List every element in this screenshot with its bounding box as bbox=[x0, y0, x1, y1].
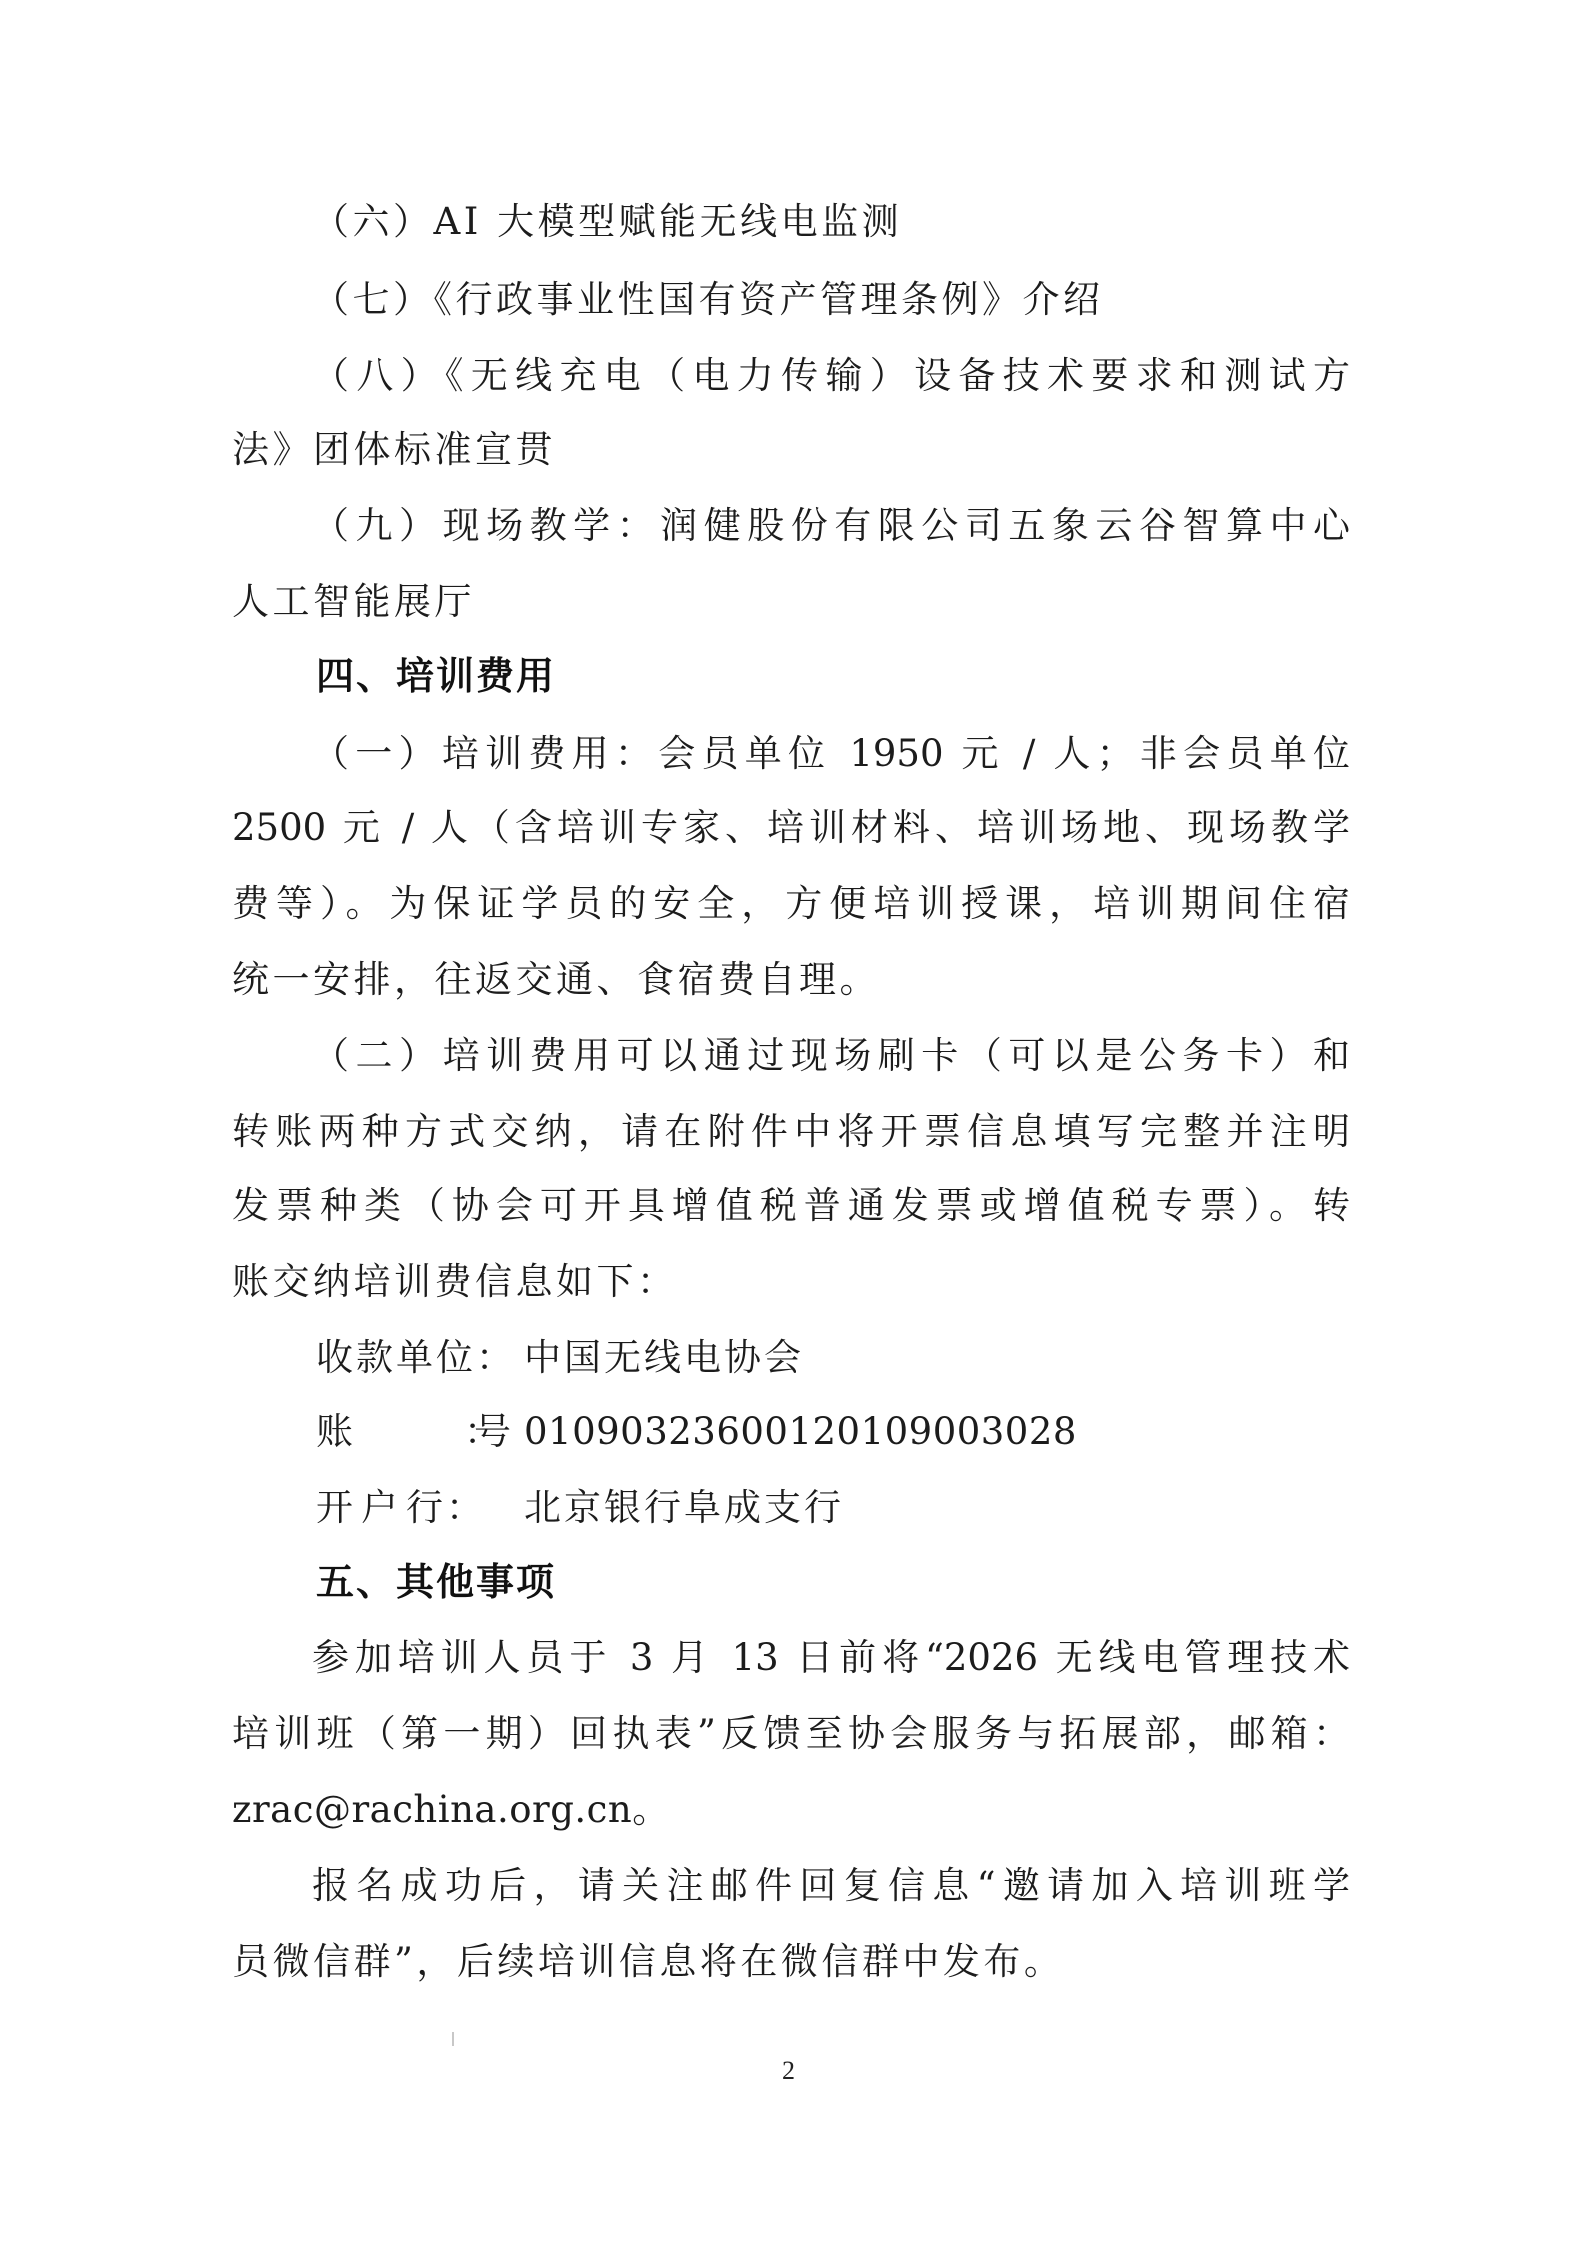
section-4-heading: 四、培训费用 bbox=[316, 654, 1436, 698]
other-para-2-line-1: 报名成功后，请关注邮件回复信息“邀请加入培训班学 bbox=[312, 1864, 1350, 1908]
bank-value: 北京银行阜成支行 bbox=[524, 1486, 844, 1530]
other-para-1-line-2: 培训班（第一期）回执表”反馈至协会服务与拓展部，邮箱： bbox=[232, 1712, 1350, 1756]
agenda-item-6: （六）AI 大模型赋能无线电监测 bbox=[312, 200, 1432, 244]
account-row: 账 号 ： 01090323600120109003028 bbox=[316, 1410, 1077, 1454]
agenda-item-8-line-1: （八）《无线充电（电力传输）设备技术要求和测试方 bbox=[312, 354, 1350, 398]
page-number: 2 bbox=[782, 2056, 795, 2086]
agenda-item-9-line-2: 人工智能展厅 bbox=[232, 580, 1352, 624]
fee-para-1-line-2: 2500 元 / 人（含培训专家、培训材料、培训场地、现场教学 bbox=[232, 806, 1350, 850]
bank-label-char-1: 开 bbox=[316, 1486, 356, 1530]
fee-para-1-line-3: 费等）。为保证学员的安全，方便培训授课，培训期间住宿 bbox=[232, 882, 1350, 926]
bank-label-char-2: 户 bbox=[361, 1486, 401, 1530]
fee-para-1-line-1: （一）培训费用：会员单位 1950 元 / 人；非会员单位 bbox=[312, 732, 1350, 776]
fee-para-2-line-4: 账交纳培训费信息如下： bbox=[232, 1260, 1352, 1304]
account-colon: ： bbox=[464, 1410, 501, 1454]
other-para-2-line-2: 员微信群”，后续培训信息将在微信群中发布。 bbox=[232, 1940, 1352, 1984]
scan-mark bbox=[452, 2032, 454, 2046]
account-label-char-1: 账 bbox=[316, 1410, 356, 1454]
fee-para-2-line-2: 转账两种方式交纳，请在附件中将开票信息填写完整并注明 bbox=[232, 1110, 1350, 1154]
fee-para-2-line-1: （二）培训费用可以通过现场刷卡（可以是公务卡）和 bbox=[312, 1034, 1350, 1078]
document-page: （六）AI 大模型赋能无线电监测 （七）《行政事业性国有资产管理条例》介绍 （八… bbox=[0, 0, 1587, 2244]
payee-label: 收款单位： bbox=[316, 1336, 524, 1380]
payee-value: 中国无线电协会 bbox=[524, 1336, 804, 1380]
bank-colon: ： bbox=[446, 1486, 524, 1530]
fee-para-2-line-3: 发票种类（协会可开具增值税普通发票或增值税专票）。转 bbox=[232, 1184, 1350, 1228]
other-para-1-line-1: 参加培训人员于 3 月 13 日前将“2026 无线电管理技术 bbox=[312, 1636, 1350, 1680]
bank-row: 开 户 行 ： 北京银行阜成支行 bbox=[316, 1486, 844, 1530]
agenda-item-8-line-2: 法》团体标准宣贯 bbox=[232, 428, 1352, 472]
fee-para-1-line-4: 统一安排，往返交通、食宿费自理。 bbox=[232, 958, 1352, 1002]
bank-label: 开 户 行 bbox=[316, 1486, 446, 1530]
bank-label-char-3: 行 bbox=[406, 1486, 446, 1530]
agenda-item-9-line-1: （九）现场教学：润健股份有限公司五象云谷智算中心 bbox=[312, 504, 1350, 548]
contact-email: zrac@rachina.org.cn。 bbox=[232, 1788, 1352, 1832]
agenda-item-7: （七）《行政事业性国有资产管理条例》介绍 bbox=[312, 278, 1432, 322]
section-5-heading: 五、其他事项 bbox=[316, 1560, 1436, 1604]
account-number: 01090323600120109003028 bbox=[524, 1410, 1077, 1454]
payee-row: 收款单位： 中国无线电协会 bbox=[316, 1336, 804, 1380]
